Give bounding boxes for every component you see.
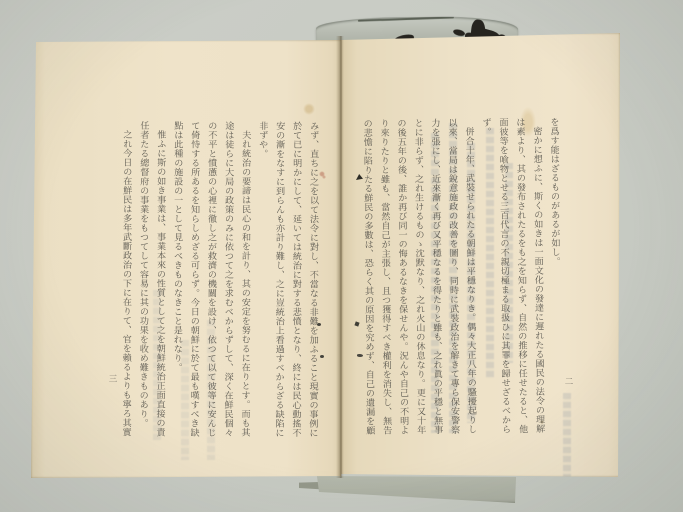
text-column: り來りたりと雖も、當然自己が主張し、且つ獲得すべき權利を消失し、無告 (380, 119, 392, 446)
text-column: て倚恃する所あるを知らしめざる可らず。今日の朝鮮に於て最も嘆すべき缺 (190, 121, 200, 448)
text-column: 安の漸をなすに到らんも亦計り難し、之に豈統治上看過すべからざる缺陷に (275, 121, 285, 448)
cover-calligraphy-fragment (452, 28, 465, 37)
ink-speck (317, 323, 321, 326)
text-column: 途は徒らに大局の政策のみに依つて之を求むべからずして、深く在鮮民個々 (224, 121, 234, 448)
text-column: を爲す能はざるものがあるが如し。 (549, 117, 561, 444)
ink-speck (320, 355, 324, 358)
text-column: 非ずや。 (258, 121, 268, 448)
left-page: みず、直ちに之を以て法令に對し、不當なる非難を加ふること現實の事例に於て已に明か… (31, 40, 341, 478)
text-column: 夫れ統治の要諦は民心の和を計り、其の安定を努むるに在りとす。而も其 (241, 121, 251, 457)
text-column: 面彼等を喰物とせる三百代言の不親切極まる取扱ひに其罪を歸せざるべから (499, 118, 511, 445)
text-column: 密かに想ふに、斯くの如きは一面文化の發達に遲れたる國民の法令の理解 (532, 117, 544, 453)
text-column: 於て已に明かにして、延いては統治に對する悲憤となり、終には民心動搖不 (291, 121, 301, 448)
ink-speck (357, 354, 363, 357)
gutter-shadow (336, 36, 344, 478)
book-photograph: みず、直ちに之を以て法令に對し、不當なる非難を加ふること現實の事例に於て已に明か… (0, 0, 683, 512)
text-column: ず。 (482, 118, 494, 445)
book-cover-bottom-edge (316, 476, 517, 505)
cover-edge-line (358, 16, 454, 21)
page-number: 二 (563, 377, 575, 386)
right-page: を爲す能はざるものがあるが如し。密かに想ふに、斯くの如きは一面文化の發達に遲れた… (341, 33, 620, 477)
text-column: 任者たる總督府の事業をもつてして容易に其の功果を收め難きものあり。 (139, 121, 149, 448)
text-column: 併合十年、武裝せられたる朝鮮は平穩なりき。偶々大正八年の騷擾起りし (465, 118, 477, 454)
text-column: 點は此種の施設の一として見るべきものなきこと是れなり。 (173, 121, 183, 448)
page-text-block: みず、直ちに之を以て法令に對し、不當なる非難を加ふること現實の事例に於て已に明か… (114, 121, 319, 449)
text-column: の不平と憤懣の心裡に徹し之が救濟の機關を設け、依つて以て彼等に安んじ (207, 121, 217, 448)
text-column: とに非らず、之れ生けるものゝ沈默なり、之れ火山の休息なり。更に又十年 (414, 118, 426, 445)
text-column: 力を張にし、近來漸く再び又平穩なるを得たりと雖も、之れ眞の平穩と無事 (431, 118, 443, 445)
text-column: 以來、當局は銳意施政の改善を圖り、同時に武裝政治を解きて專ら保安警察 (448, 118, 460, 445)
text-column: は素より、其の發布されたるをも之を知らず、自然の推移に任せたると、他 (516, 117, 528, 444)
page-text-block: を爲す能はざるものがあるが如し。密かに想ふに、斯くの如きは一面文化の發達に遲れた… (355, 117, 562, 446)
text-column: の後五年の後、誰か再び同一の悔あるなきを保せんや。況んや自己の不明よ (397, 118, 409, 445)
text-column: の悲憺に陷りたる鮮民の多數は、恐らく其の原因を究めず、自己の遺漏を顧 (363, 119, 375, 446)
page-number: 三 (107, 374, 119, 383)
showthrough-text (563, 393, 571, 483)
text-column: みず、直ちに之を以て法令に對し、不當なる非難を加ふること現實の事例に (308, 121, 318, 448)
text-column: 惟ふに斯の如き事業は、事業本來の性質として之を朝鮮統治正面直接の責 (156, 121, 166, 457)
text-column: 之れ今日の在鮮民は多年武斷政治の下に在りて、官を賴るよりも寧ろ其實 (122, 121, 132, 457)
